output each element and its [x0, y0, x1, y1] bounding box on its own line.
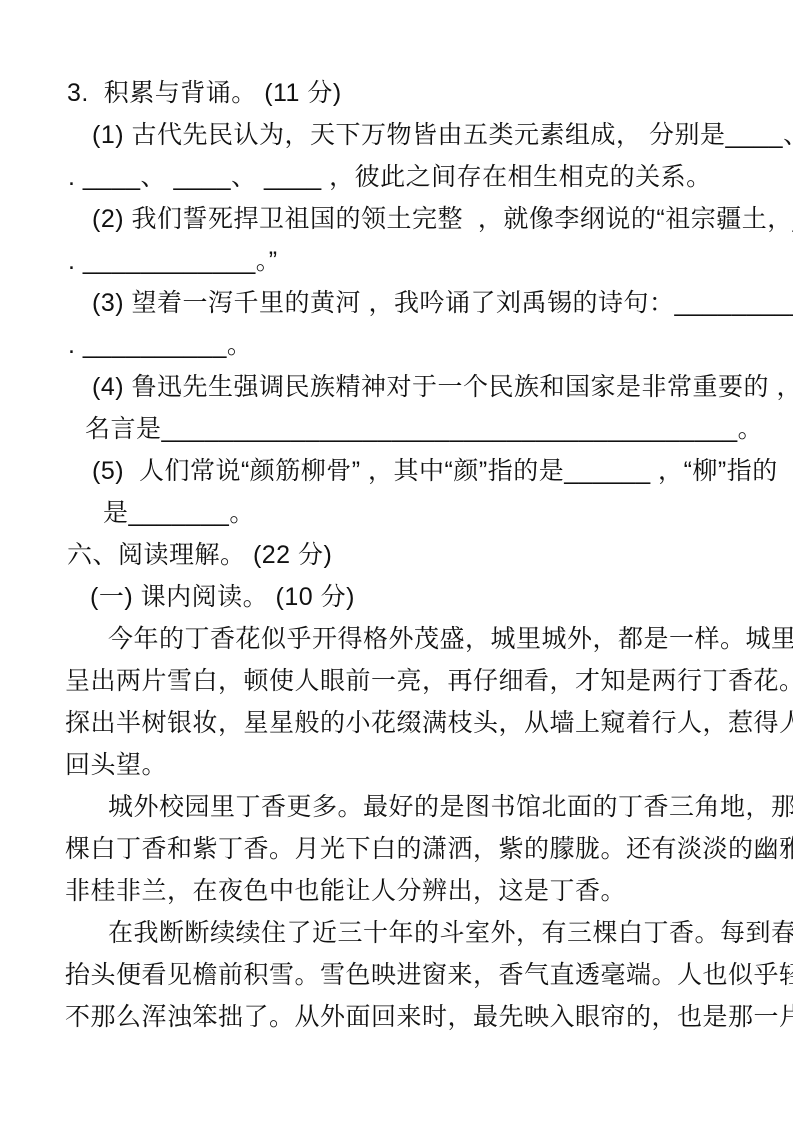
- passage-para-3-line-1: 在我断断续续住了近三十年的斗室外，有三棵白丁香。每到春来，伏案时: [60, 912, 753, 954]
- q3-item-1-line-1: (1) 古代先民认为，天下万物皆由五类元素组成， 分别是____、 ____、: [60, 114, 753, 156]
- passage-para-1-line-2: 呈出两片雪白，顿使人眼前一亮，再仔细看，才知是两行丁香花。有的宅院里: [60, 660, 753, 702]
- passage-para-2-line-1: 城外校园里丁香更多。最好的是图书馆北面的丁香三角地，那儿有十多: [60, 786, 753, 828]
- passage-para-3-line-2: 抬头便看见檐前积雪。雪色映进窗来，香气直透毫端。人也似乎轻灵得多，: [60, 954, 753, 996]
- q3-item-5-line-2: 是_______。: [60, 492, 753, 534]
- section-6-subheading: (一) 课内阅读。 (10 分): [60, 576, 753, 618]
- exam-page: 3. 积累与背诵。 (11 分) (1) 古代先民认为，天下万物皆由五类元素组成…: [0, 0, 793, 1122]
- passage-para-1-line-4: 回头望。: [60, 744, 753, 786]
- passage-para-2-line-3: 非桂非兰，在夜色中也能让人分辨出，这是丁香。: [60, 870, 753, 912]
- passage-para-1-line-3: 探出半树银妆，星星般的小花缀满枝头，从墙上窥着行人，惹得人走过了还要: [60, 702, 753, 744]
- q3-item-4-line-1: (4) 鲁迅先生强调民族精神对于一个民族和国家是非常重要的 ，有关的: [60, 366, 753, 408]
- passage-para-2-line-2: 棵白丁香和紫丁香。月光下白的潇洒，紫的朦胧。还有淡淡的幽雅的甜香，: [60, 828, 753, 870]
- q3-item-1-line-2: . ____、 ____、 ____ ，彼此之间存在相生相克的关系。: [60, 156, 753, 198]
- q3-item-3-line-1: (3) 望着一泻千里的黄河 ，我吟诵了刘禹锡的诗句：_________ ，: [60, 282, 753, 324]
- question-3-heading: 3. 积累与背诵。 (11 分): [60, 72, 753, 114]
- section-6-heading: 六、阅读理解。 (22 分): [60, 534, 753, 576]
- passage-para-3-line-3: 不那么浑浊笨拙了。从外面回来时，最先映入眼帘的，也是那一片莹白，白下: [60, 996, 753, 1038]
- q3-item-3-line-2: . __________。: [60, 324, 753, 366]
- q3-item-2-line-2: . ____________。”: [60, 240, 753, 282]
- passage-para-1-line-1: 今年的丁香花似乎开得格外茂盛，城里城外，都是一样。城里街旁，忽然: [60, 618, 753, 660]
- q3-item-5-line-1: (5) 人们常说“颜筋柳骨” ，其中“颜”指的是______ ，“柳”指的: [60, 450, 753, 492]
- q3-item-2-line-1: (2) 我们誓死捍卫祖国的领土完整 ，就像李纲说的“祖宗疆土，______ ，: [60, 198, 753, 240]
- q3-item-4-line-2: 名言是_____________________________________…: [60, 408, 753, 450]
